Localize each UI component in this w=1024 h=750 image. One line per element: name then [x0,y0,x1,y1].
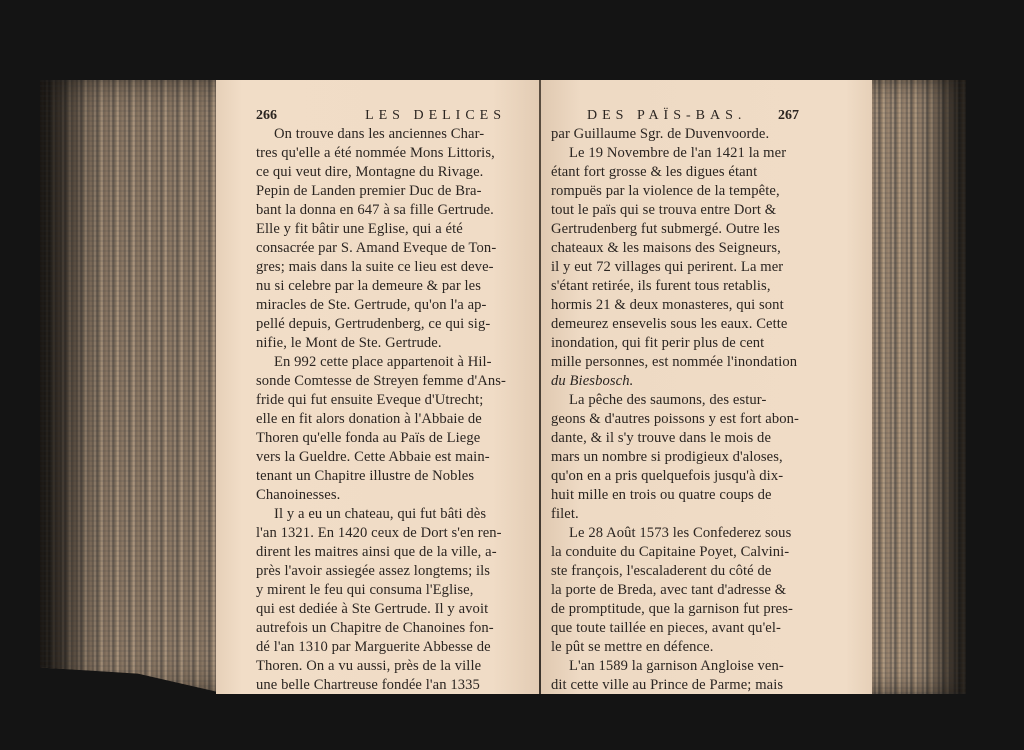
text-line: L'an 1589 la garnison Angloise ven- [551,657,799,676]
text-line: mars un nombre si prodigieux d'aloses, [551,448,799,467]
text-line: par Guillaume Sgr. de Duvenvoorde. [551,125,799,144]
text-line: Elle y fit bâtir une Eglise, qui a été [256,220,506,239]
text-line: mille personnes, est nommée l'inondation [551,353,799,372]
text-line: La pêche des saumons, des estur- [551,391,799,410]
text-line: étant fort grosse & les digues étant [551,163,799,182]
text-line: tout le païs qui se trouva entre Dort & [551,201,799,220]
running-head-left: LES DELICES [365,106,506,125]
right-page: DES PAÏS-BAS. 267 par Guillaume Sgr. de … [541,80,872,694]
right-page-block-edges [870,80,966,694]
text-line: On trouve dans les anciennes Char- [256,125,506,144]
text-line: filet. [551,505,799,524]
text-line: miracles de Ste. Gertrude, qu'on l'a ap- [256,296,506,315]
text-line: Thoren qu'elle fonda au Païs de Liege [256,429,506,448]
text-line: nifie, le Mont de Ste. Gertrude. [256,334,506,353]
text-line: le pût se mettre en défence. [551,638,799,657]
text-line: sonde Comtesse de Streyen femme d'Ans- [256,372,506,391]
left-page: 266 LES DELICES On trouve dans les ancie… [216,80,541,694]
text-line: Chanoinesses. [256,486,506,505]
text-line: gres; mais dans la suite ce lieu est dev… [256,258,506,277]
text-line: dit cette ville au Prince de Parme; mais [551,676,799,695]
text-line: consacrée par S. Amand Eveque de Ton- [256,239,506,258]
left-page-text: 266 LES DELICES On trouve dans les ancie… [256,106,506,695]
text-line: chateaux & les maisons des Seigneurs, [551,239,799,258]
text-line: il y eut 72 villages qui perirent. La me… [551,258,799,277]
right-page-text: DES PAÏS-BAS. 267 par Guillaume Sgr. de … [551,106,799,695]
text-line: s'étant retirée, ils furent tous retabli… [551,277,799,296]
text-line: tres qu'elle a été nommée Mons Littoris, [256,144,506,163]
text-line: huit mille en trois ou quatre coups de [551,486,799,505]
text-line: y mirent le feu qui consuma l'Eglise, [256,581,506,600]
text-line: nu si celebre par la demeure & par les [256,277,506,296]
right-running-head: DES PAÏS-BAS. 267 [551,106,799,125]
text-line: En 992 cette place appartenoit à Hil- [256,353,506,372]
photo-scene: 266 LES DELICES On trouve dans les ancie… [0,0,1024,750]
text-line: du Biesbosch. [551,372,799,391]
text-line: Il y a eu un chateau, qui fut bâti dès [256,505,506,524]
left-page-block-edges [40,80,218,692]
text-line: Le 19 Novembre de l'an 1421 la mer [551,144,799,163]
text-line: la conduite du Capitaine Poyet, Calvini- [551,543,799,562]
text-line: ste françois, l'escaladerent du côté de [551,562,799,581]
text-line: de promptitude, que la garnison fut pres… [551,600,799,619]
text-line: Pepin de Landen premier Duc de Bra- [256,182,506,201]
text-line: une belle Chartreuse fondée l'an 1335 [256,676,506,695]
text-line: autrefois un Chapitre de Chanoines fon- [256,619,506,638]
text-line: Thoren. On a vu aussi, près de la ville [256,657,506,676]
left-running-head: 266 LES DELICES [256,106,506,125]
text-line: dirent les maitres ainsi que de la ville… [256,543,506,562]
running-head-right: DES PAÏS-BAS. [587,106,746,125]
text-line: geons & d'autres poissons y est fort abo… [551,410,799,429]
text-line: la porte de Breda, avec tant d'adresse & [551,581,799,600]
text-line: qu'on en a pris quelquefois jusqu'à dix- [551,467,799,486]
text-line: fride qui fut ensuite Eveque d'Utrecht; [256,391,506,410]
text-line: hormis 21 & deux monasteres, qui sont [551,296,799,315]
text-line: bant la donna en 647 à sa fille Gertrude… [256,201,506,220]
text-line: tenant un Chapitre illustre de Nobles [256,467,506,486]
text-line: pellé depuis, Gertrudenberg, ce qui sig- [256,315,506,334]
page-number-left: 266 [256,106,277,125]
text-line: Gertrudenberg fut submergé. Outre les [551,220,799,239]
text-line: dante, & il s'y trouve dans le mois de [551,429,799,448]
text-line: dé l'an 1310 par Marguerite Abbesse de [256,638,506,657]
text-line: vers la Gueldre. Cette Abbaie est main- [256,448,506,467]
text-line: ce qui veut dire, Montagne du Rivage. [256,163,506,182]
text-line: que toute taillée en pieces, avant qu'el… [551,619,799,638]
text-line: rompuës par la violence de la tempête, [551,182,799,201]
text-line: l'an 1321. En 1420 ceux de Dort s'en ren… [256,524,506,543]
text-line: demeurez ensevelis sous les eaux. Cette [551,315,799,334]
text-line: Le 28 Août 1573 les Confederez sous [551,524,799,543]
page-number-right: 267 [778,106,799,125]
text-line: qui est dediée à Ste Gertrude. Il y avoi… [256,600,506,619]
text-line: inondation, qui fit perir plus de cent [551,334,799,353]
text-line: elle en fit alors donation à l'Abbaie de [256,410,506,429]
text-line: près l'avoir assiegée assez longtems; il… [256,562,506,581]
